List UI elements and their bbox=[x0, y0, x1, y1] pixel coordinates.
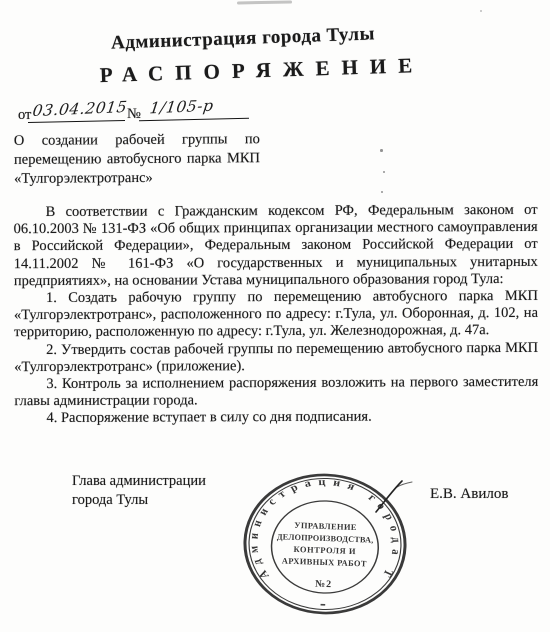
scan-speck bbox=[380, 149, 383, 152]
body-paragraph-intro: В соответствии с Гражданским кодексом РФ… bbox=[14, 202, 538, 290]
document-body: В соответствии с Гражданским кодексом РФ… bbox=[14, 202, 539, 428]
signature-name: Е.В. Авилов bbox=[430, 486, 508, 503]
signature-stroke bbox=[372, 477, 416, 517]
stamp-center-line3: КОНТРОЛЯ И bbox=[293, 545, 356, 556]
body-paragraph-item3: 3. Контроль за исполнением распоряжения … bbox=[14, 374, 538, 411]
number-underline bbox=[139, 118, 249, 121]
subject-paragraph: О создании рабочей группы по перемещению… bbox=[14, 130, 260, 188]
stamp-center-line2: ДЕЛОПРОИЗВОДСТВА, bbox=[277, 532, 374, 544]
body-paragraph-item2: 2. Утвердить состав рабочей группы по пе… bbox=[14, 339, 538, 376]
handwritten-date: 03.04.2015 bbox=[31, 98, 128, 120]
stamp-center-line1: УПРАВЛЕНИЕ bbox=[294, 521, 357, 532]
doc-type-title: РАСПОРЯЖЕНИЕ bbox=[62, 52, 463, 90]
scan-speck bbox=[383, 171, 385, 173]
scan-speck bbox=[480, 10, 482, 12]
reference-line: от 03.04.2015 № 1/105-р bbox=[0, 98, 300, 132]
signature-title: Глава администрации города Тулы bbox=[72, 472, 206, 509]
signature-title-line1: Глава администрации bbox=[72, 472, 206, 491]
org-title: Администрация города Тулы bbox=[43, 21, 444, 57]
stamp-number: №2 bbox=[315, 579, 332, 591]
stamp-bottom-mark bbox=[321, 604, 326, 606]
handwritten-number: 1/105-р bbox=[149, 97, 215, 118]
stamp-center-line4: АРХИВНЫХ РАБОТ bbox=[282, 557, 367, 569]
scan-speck bbox=[381, 191, 383, 193]
date-underline bbox=[28, 120, 125, 123]
scanned-document-page: Администрация города Тулы РАСПОРЯЖЕНИЕ о… bbox=[0, 0, 550, 632]
signature-title-line2: города Тулы bbox=[72, 491, 206, 510]
body-paragraph-item4: 4. Распоряжение вступает в силу со дня п… bbox=[14, 408, 538, 427]
body-paragraph-item1: 1. Создать рабочую группу по перемещению… bbox=[14, 288, 538, 342]
scan-artifact-top bbox=[237, 1, 292, 4]
